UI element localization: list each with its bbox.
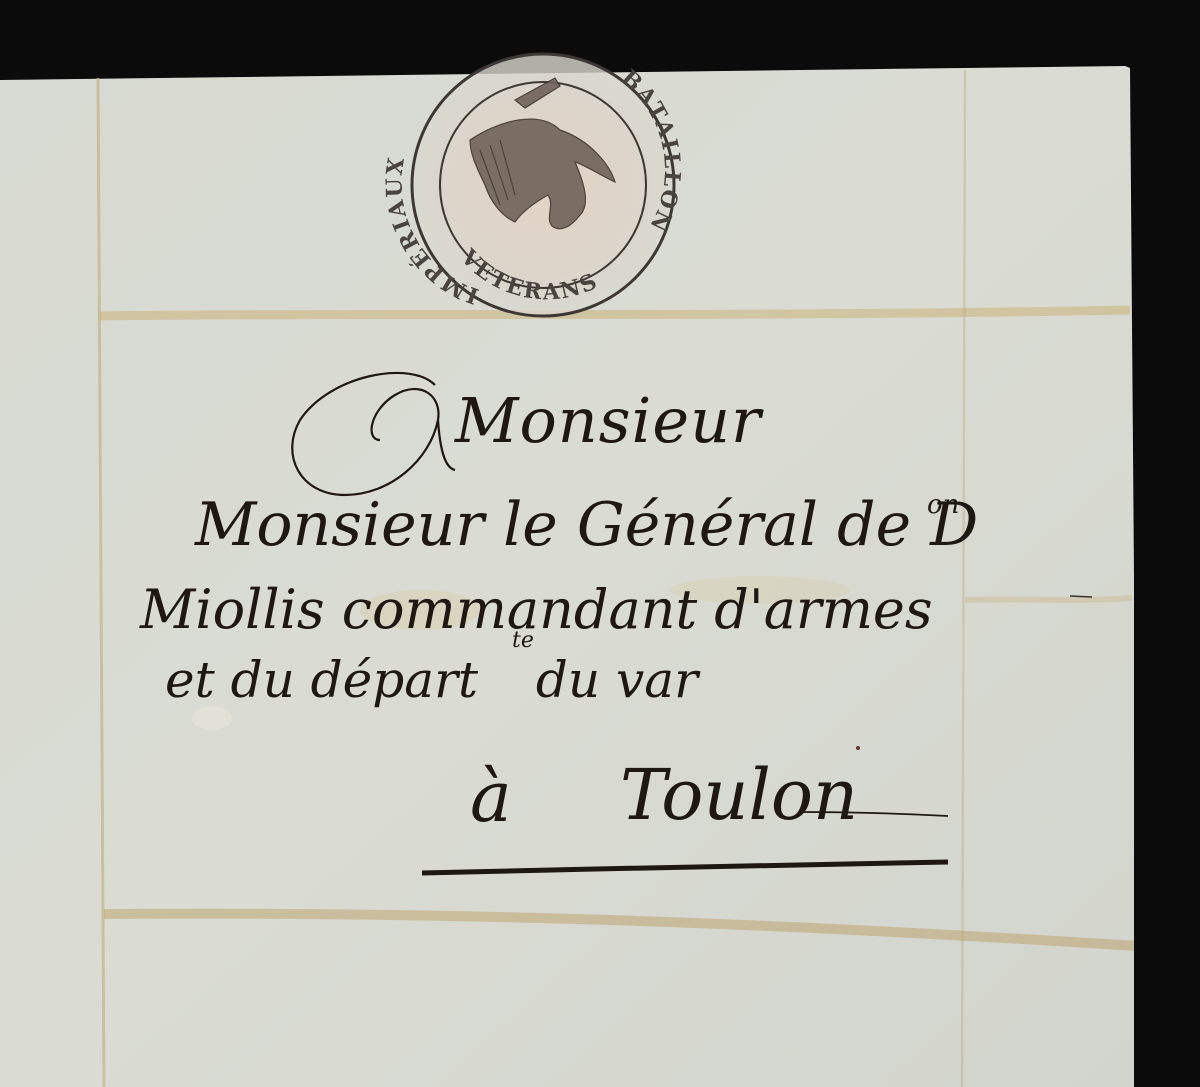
address-line-4-end: du var: [536, 651, 698, 709]
address-line-1: Monsieur: [455, 390, 762, 452]
address-line-2: Monsieur le Général de D: [195, 495, 978, 555]
address-line-4-superscript: te: [512, 630, 534, 652]
address-line-4-start: et du départ: [165, 651, 478, 709]
letter-photo: IMPÉRIAUX BATAILLON VETERANS Monsieur Mo…: [0, 0, 1200, 1087]
city-name: Toulon: [620, 760, 858, 830]
address-line-2-superscript: on: [927, 492, 959, 518]
address-line-4: et du départ du var: [165, 655, 698, 705]
city-prefix: à: [470, 762, 512, 832]
address-line-3: Miollis commandant d'armes: [140, 583, 933, 637]
